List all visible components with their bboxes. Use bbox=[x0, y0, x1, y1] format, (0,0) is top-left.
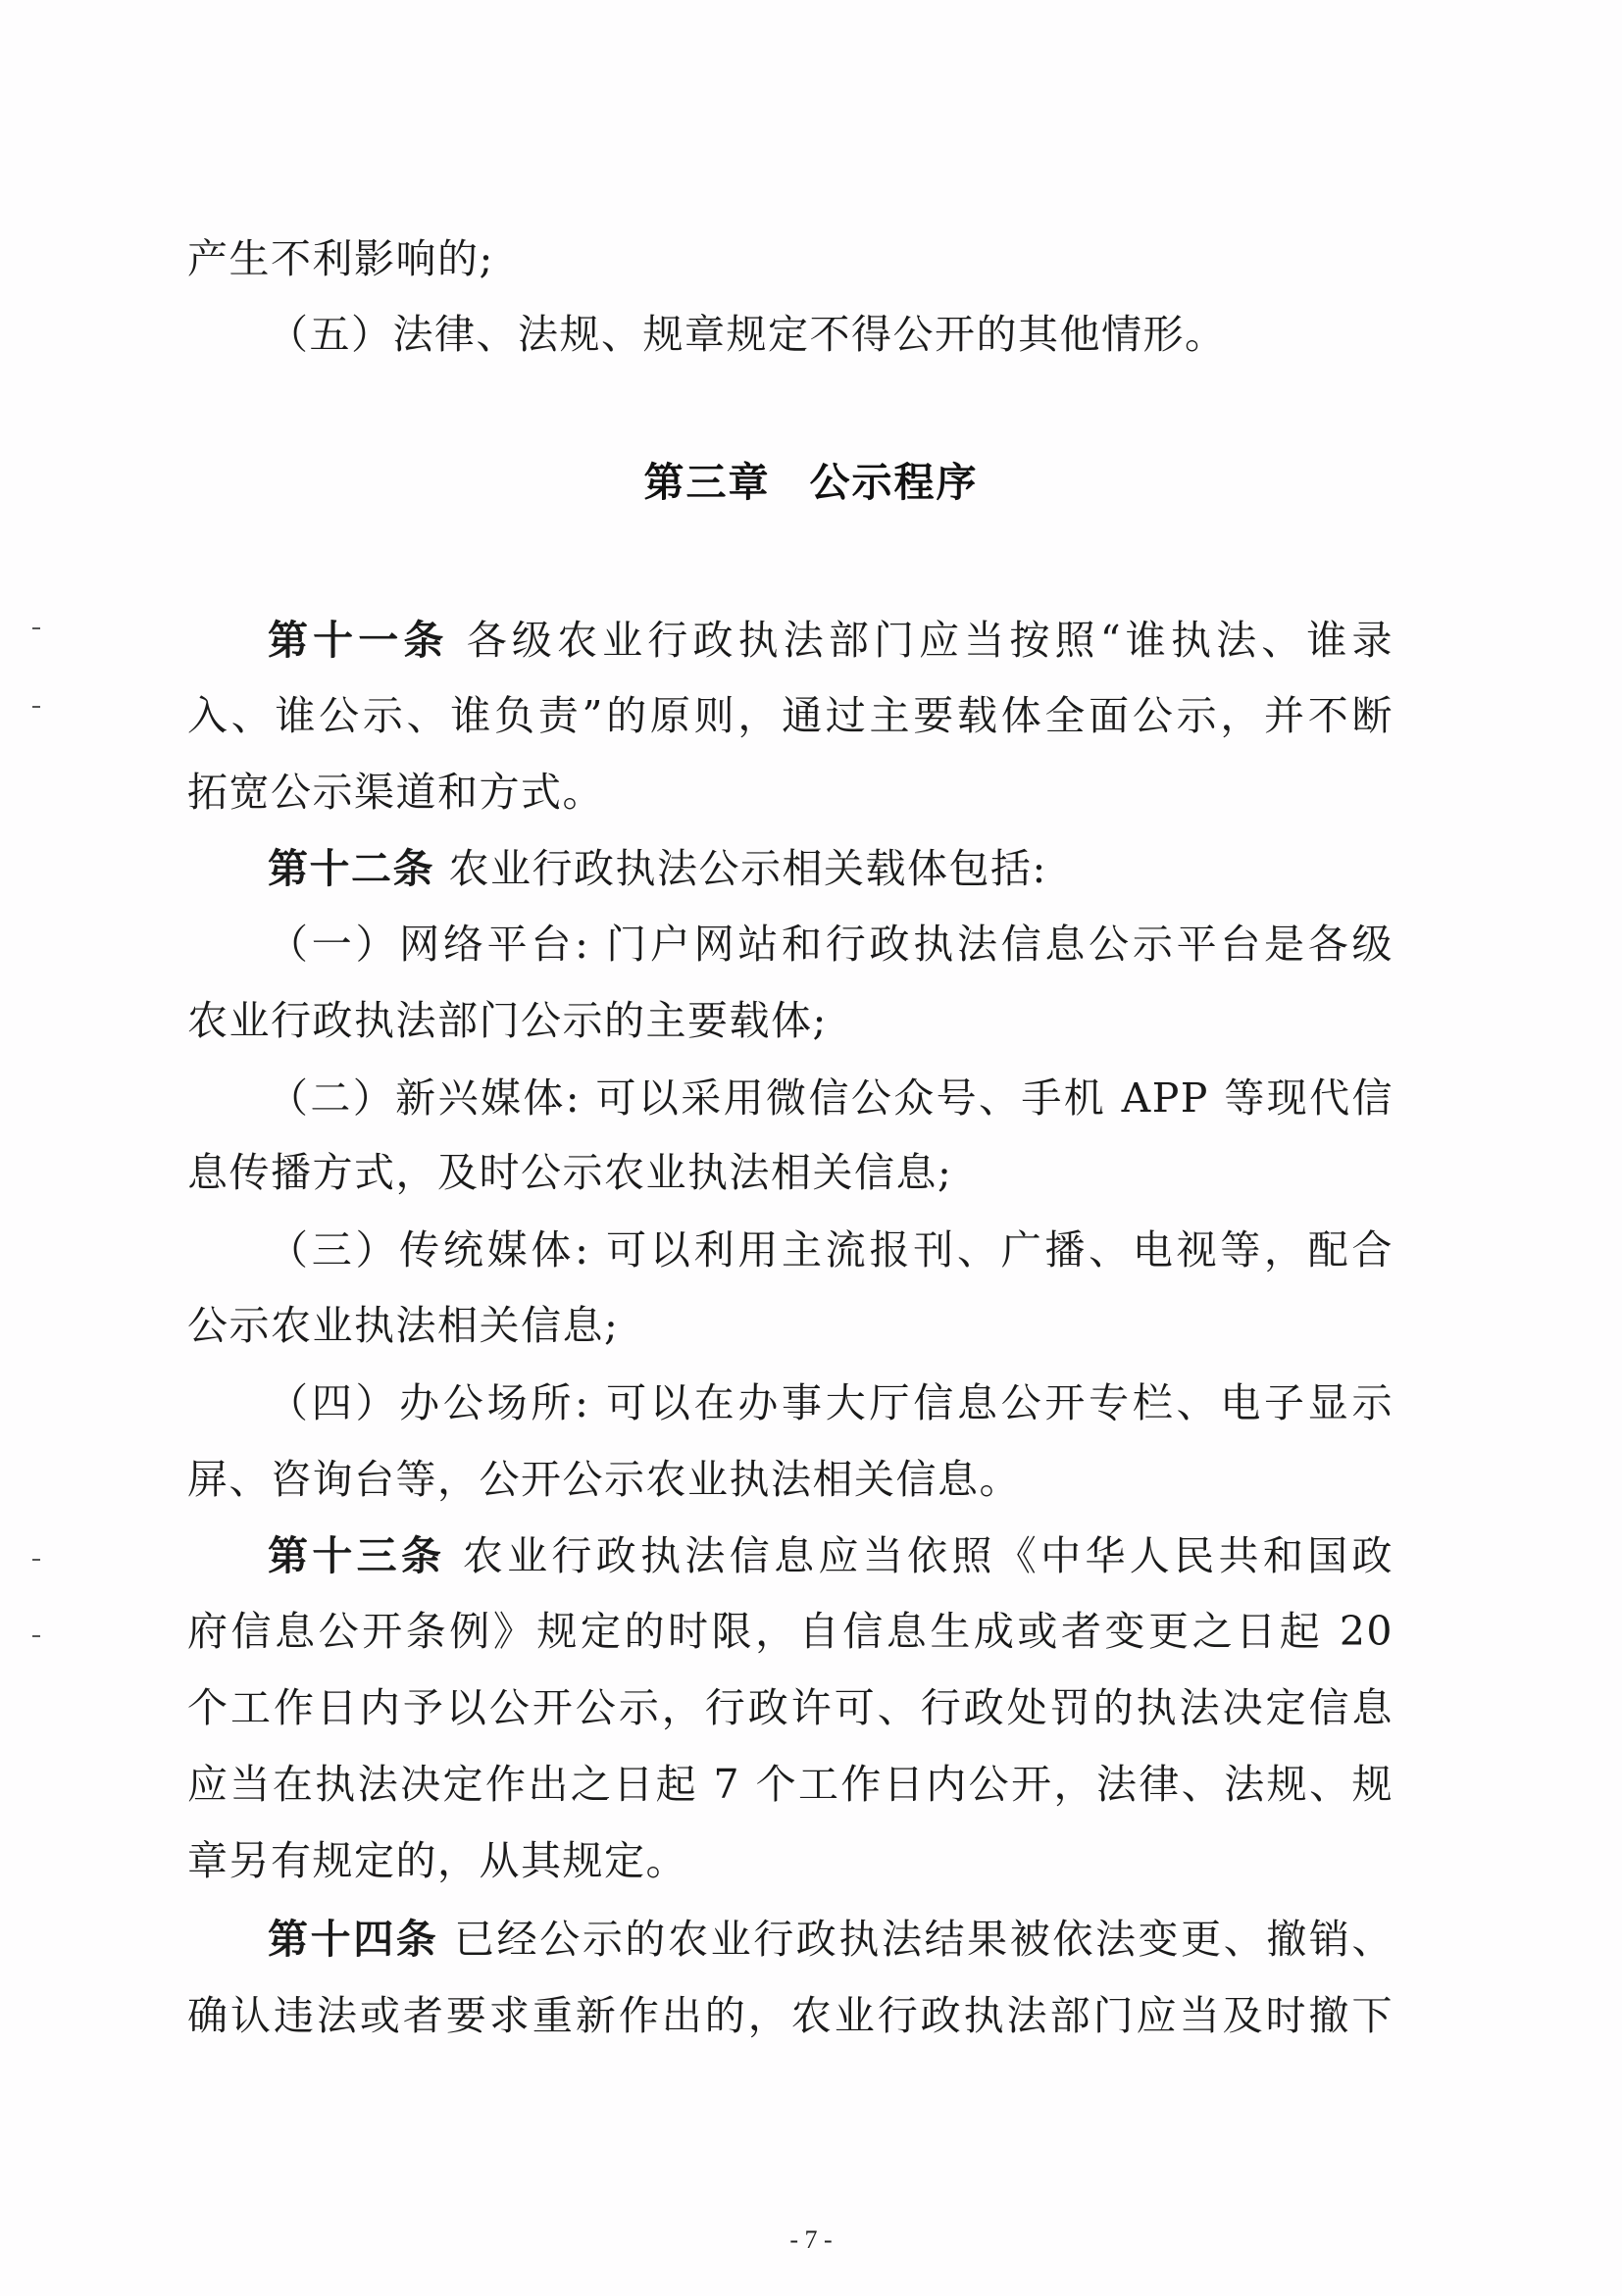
article-label: 第十三条 bbox=[268, 1532, 445, 1579]
binding-mark bbox=[32, 1635, 40, 1637]
chapter-heading: 第三章公示程序 bbox=[0, 453, 1622, 512]
article-label: 第十一条 bbox=[268, 617, 449, 664]
binding-mark bbox=[32, 627, 40, 629]
list-item-line: （三）传统媒体: 可以利用主流报刊、广播、电视等，配合 bbox=[187, 1221, 1394, 1279]
list-item-line: 农业行政执法部门公示的主要载体; bbox=[187, 991, 1394, 1050]
chapter-number: 第三章 bbox=[644, 459, 771, 506]
list-item-line: 公示农业执法相关信息; bbox=[187, 1296, 1394, 1355]
article-14-line: 第十四条 已经公示的农业行政执法结果被依法变更、撤销、 bbox=[187, 1910, 1394, 1969]
text-line: （五）法律、法规、规章规定不得公开的其他情形。 bbox=[187, 305, 1394, 364]
list-item-line: （四）办公场所: 可以在办事大厅信息公开专栏、电子显示 bbox=[187, 1373, 1394, 1432]
article-11-line: 第十一条 各级农业行政执法部门应当按照“谁执法、谁录 bbox=[187, 611, 1394, 670]
text-line: 应当在执法决定作出之日起 7 个工作日内公开，法律、法规、规 bbox=[187, 1755, 1394, 1814]
binding-mark bbox=[32, 1559, 40, 1561]
list-item-line: 息传播方式，及时公示农业执法相关信息; bbox=[187, 1143, 1394, 1202]
article-13-line: 第十三条 农业行政执法信息应当依照《中华人民共和国政 bbox=[187, 1526, 1394, 1585]
text-line: 个工作日内予以公开公示，行政许可、行政处罚的执法决定信息 bbox=[187, 1678, 1394, 1737]
binding-mark bbox=[32, 706, 40, 708]
page-number: - 7 - bbox=[0, 2225, 1622, 2255]
article-label: 第十四条 bbox=[268, 1916, 438, 1963]
text-line: 府信息公开条例》规定的时限，自信息生成或者变更之日起 20 bbox=[187, 1602, 1394, 1661]
article-12-line: 第十二条 农业行政执法公示相关载体包括: bbox=[187, 839, 1394, 898]
list-item-line: （二）新兴媒体: 可以采用微信公众号、手机 APP 等现代信 bbox=[187, 1069, 1394, 1127]
text-line: 入、谁公示、谁负责”的原则，通过主要载体全面公示，并不断 bbox=[187, 686, 1394, 745]
text-line: 产生不利影响的; bbox=[187, 229, 1394, 288]
article-label: 第十二条 bbox=[268, 845, 434, 892]
text-line: 确认违法或者要求重新作出的，农业行政执法部门应当及时撤下 bbox=[187, 1986, 1394, 2045]
document-page: 产生不利影响的; （五）法律、法规、规章规定不得公开的其他情形。 第三章公示程序… bbox=[0, 0, 1622, 2296]
chapter-title: 公示程序 bbox=[810, 459, 979, 506]
text-line: 拓宽公示渠道和方式。 bbox=[187, 763, 1394, 822]
list-item-line: 屏、咨询台等，公开公示农业执法相关信息。 bbox=[187, 1450, 1394, 1509]
list-item-line: （一）网络平台: 门户网站和行政执法信息公示平台是各级 bbox=[187, 915, 1394, 973]
text-line: 章另有规定的，从其规定。 bbox=[187, 1831, 1394, 1890]
